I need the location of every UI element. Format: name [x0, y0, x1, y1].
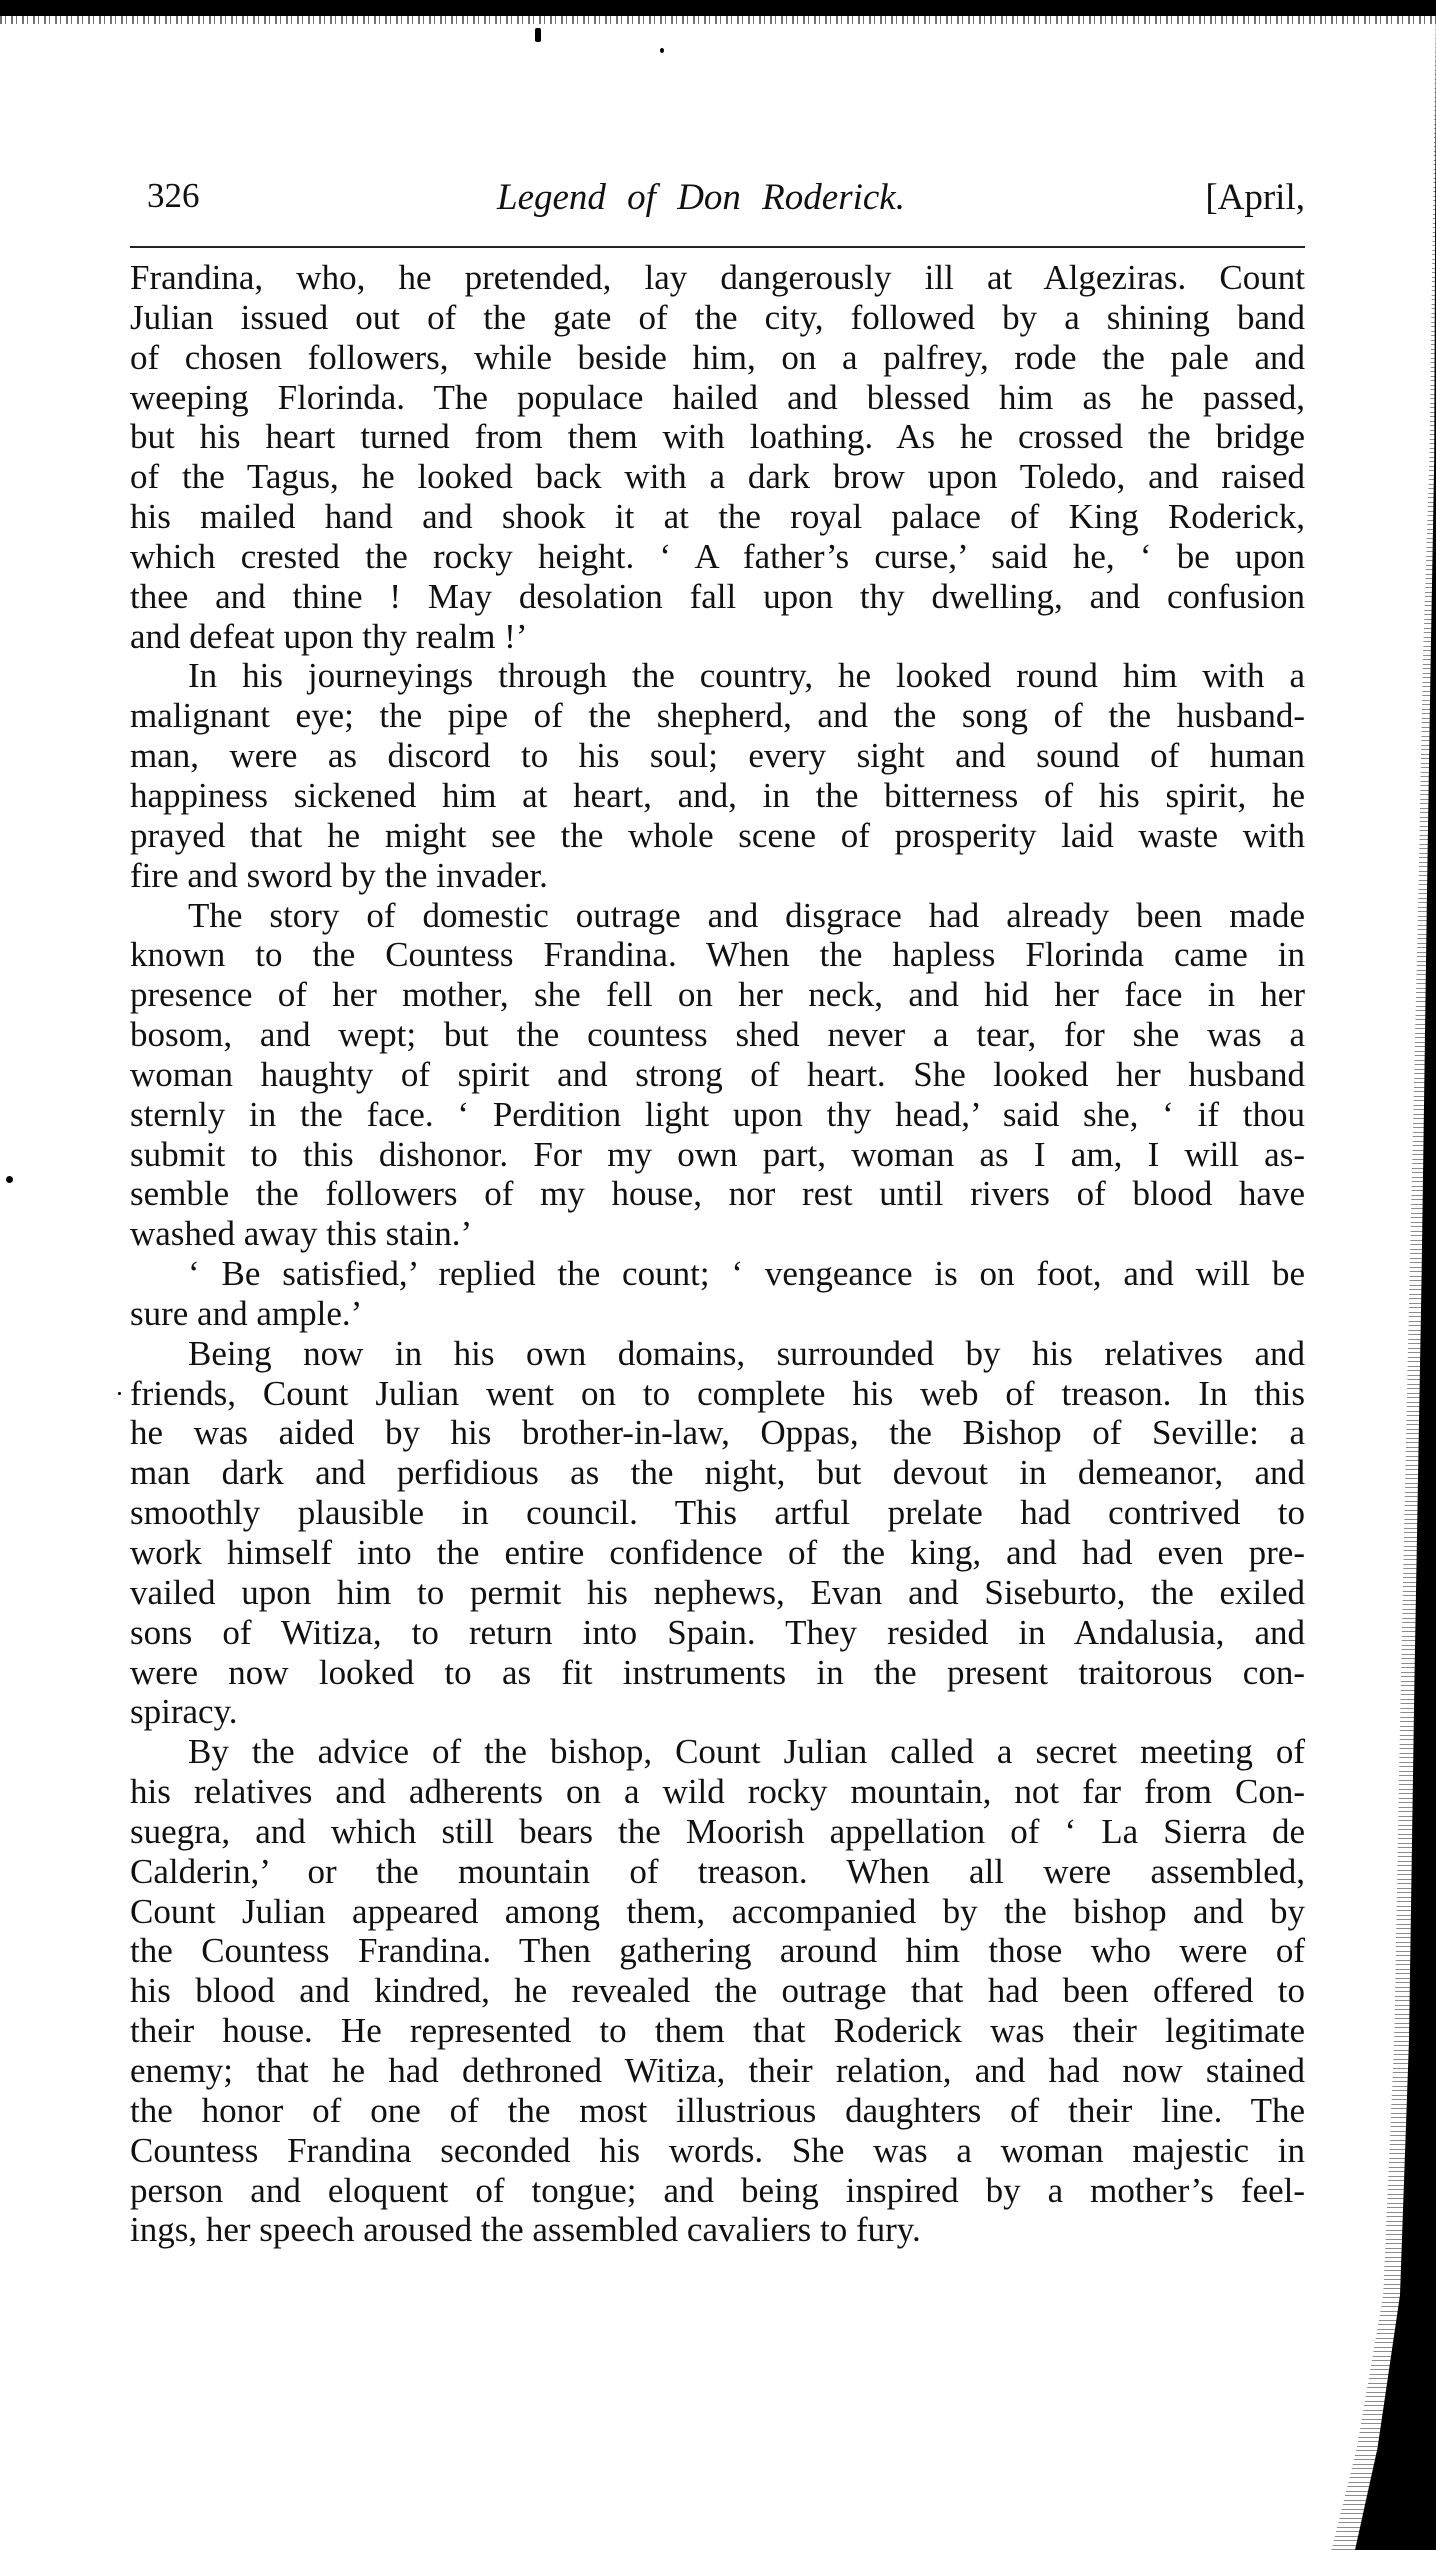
text-line: submit to this dishonor. For my own part… — [130, 1135, 1305, 1175]
text-line: the Countess Frandina. Then gathering ar… — [130, 1931, 1305, 1971]
scan-speck — [660, 48, 664, 53]
text-line: bosom, and wept; but the countess shed n… — [130, 1015, 1305, 1055]
scan-speck — [535, 28, 541, 42]
paragraph: The story of domestic outrage and disgra… — [130, 896, 1305, 1255]
text-line: man dark and perfidious as the night, bu… — [130, 1453, 1305, 1493]
text-line: In his journeyings through the country, … — [130, 656, 1305, 696]
text-line: vailed upon him to permit his nephews, E… — [130, 1573, 1305, 1613]
text-line: Count Julian appeared among them, accomp… — [130, 1892, 1305, 1932]
text-line: work himself into the entire confidence … — [130, 1533, 1305, 1573]
page-number: 326 — [147, 176, 200, 216]
text-line: suegra, and which still bears the Mooris… — [130, 1812, 1305, 1852]
text-line: known to the Countess Frandina. When the… — [130, 935, 1305, 975]
scan-speck — [118, 1392, 121, 1395]
text-line: sternly in the face. ‘ Perdition light u… — [130, 1095, 1305, 1135]
text-line: prayed that he might see the whole scene… — [130, 816, 1305, 856]
text-line: malignant eye; the pipe of the shepherd,… — [130, 696, 1305, 736]
paragraph: Being now in his own domains, surrounded… — [130, 1334, 1305, 1732]
scan-top-edge-fringe — [0, 14, 1436, 24]
text-line: of chosen followers, while beside him, o… — [130, 338, 1305, 378]
text-line: Frandina, who, he pretended, lay dangero… — [130, 258, 1305, 298]
paragraph: Frandina, who, he pretended, lay dangero… — [130, 258, 1305, 656]
text-line: presence of her mother, she fell on her … — [130, 975, 1305, 1015]
text-line: were now looked to as fit instruments in… — [130, 1653, 1305, 1693]
text-line: woman haughty of spirit and strong of he… — [130, 1055, 1305, 1095]
text-line: ‘ Be satisfied,’ replied the count; ‘ ve… — [130, 1254, 1305, 1294]
running-header: 326 Legend of Don Roderick. [April, — [147, 170, 1305, 220]
text-line: person and eloquent of tongue; and being… — [130, 2171, 1305, 2211]
text-line: he was aided by his brother-in-law, Oppa… — [130, 1413, 1305, 1453]
text-line: Julian issued out of the gate of the cit… — [130, 298, 1305, 338]
text-line: of the Tagus, he looked back with a dark… — [130, 457, 1305, 497]
paragraph: In his journeyings through the country, … — [130, 656, 1305, 895]
text-line: weeping Florinda. The populace hailed an… — [130, 378, 1305, 418]
text-line: fire and sword by the invader. — [130, 856, 1305, 896]
text-line: man, were as discord to his soul; every … — [130, 736, 1305, 776]
text-line: their house. He represented to them that… — [130, 2011, 1305, 2051]
paragraph: By the advice of the bishop, Count Julia… — [130, 1732, 1305, 2250]
text-line: spiracy. — [130, 1692, 1305, 1732]
text-line: Countess Frandina seconded his words. Sh… — [130, 2131, 1305, 2171]
text-line: and defeat upon thy realm !’ — [130, 617, 1305, 657]
text-line: Calderin,’ or the mountain of treason. W… — [130, 1852, 1305, 1892]
text-line: friends, Count Julian went on to complet… — [130, 1374, 1305, 1414]
text-line: washed away this stain.’ — [130, 1214, 1305, 1254]
text-line: his blood and kindred, he revealed the o… — [130, 1971, 1305, 2011]
text-line: his relatives and adherents on a wild ro… — [130, 1772, 1305, 1812]
text-line: ings, her speech aroused the assembled c… — [130, 2210, 1305, 2250]
text-line: sons of Witiza, to return into Spain. Th… — [130, 1613, 1305, 1653]
running-date: [April, — [1205, 176, 1305, 219]
text-line: the honor of one of the most illustrious… — [130, 2091, 1305, 2131]
text-line: happiness sickened him at heart, and, in… — [130, 776, 1305, 816]
header-rule — [130, 246, 1305, 248]
text-line: smoothly plausible in council. This artf… — [130, 1493, 1305, 1533]
text-line: semble the followers of my house, nor re… — [130, 1174, 1305, 1214]
text-line: Being now in his own domains, surrounded… — [130, 1334, 1305, 1374]
text-line: his mailed hand and shook it at the roya… — [130, 497, 1305, 537]
text-line: but his heart turned from them with loat… — [130, 417, 1305, 457]
text-line: enemy; that he had dethroned Witiza, the… — [130, 2051, 1305, 2091]
text-line: The story of domestic outrage and disgra… — [130, 896, 1305, 936]
body-text: Frandina, who, he pretended, lay dangero… — [130, 258, 1305, 2250]
running-title: Legend of Don Roderick. — [497, 176, 905, 219]
scan-speck — [6, 1176, 13, 1183]
text-line: By the advice of the bishop, Count Julia… — [130, 1732, 1305, 1772]
text-line: which crested the rocky height. ‘ A fath… — [130, 537, 1305, 577]
paragraph: ‘ Be satisfied,’ replied the count; ‘ ve… — [130, 1254, 1305, 1334]
text-line: sure and ample.’ — [130, 1294, 1305, 1334]
text-line: thee and thine ! May desolation fall upo… — [130, 577, 1305, 617]
